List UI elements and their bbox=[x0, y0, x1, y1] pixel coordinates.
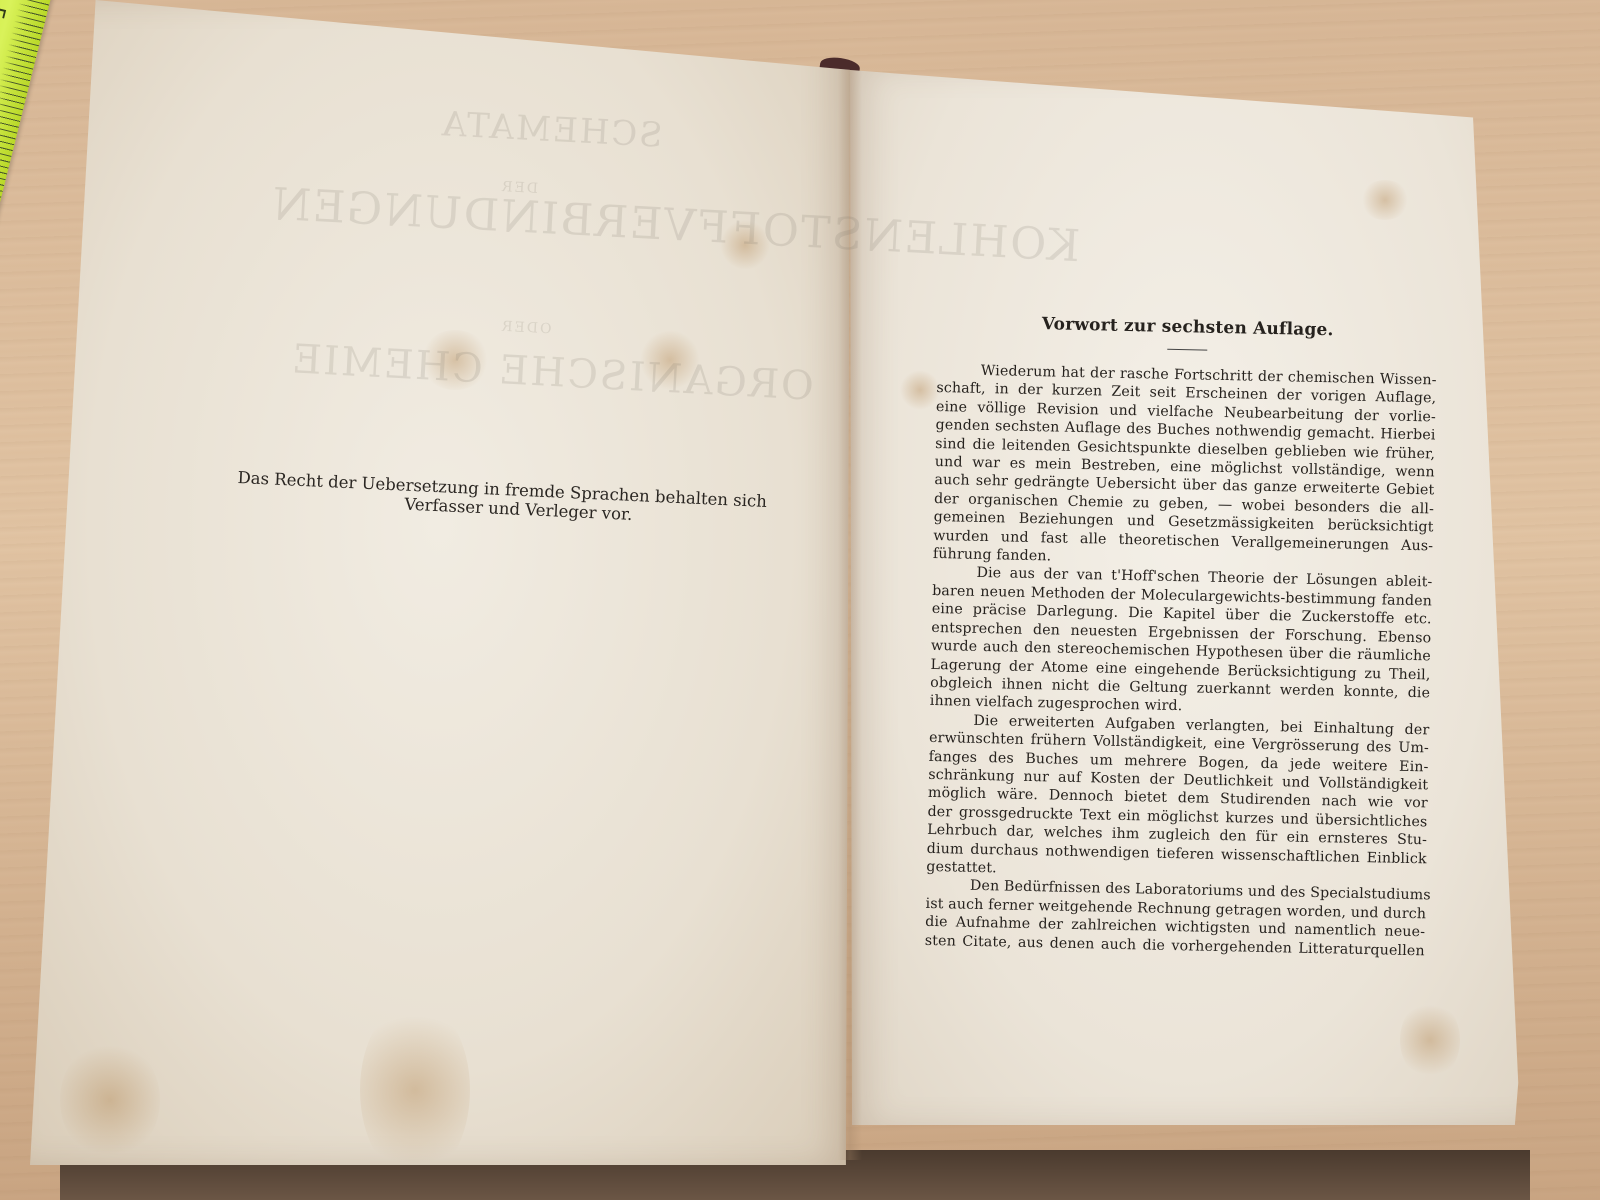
foxing-stain bbox=[1360, 180, 1410, 220]
foxing-stain bbox=[360, 1000, 470, 1180]
ruler: 5 6 7 bbox=[0, 0, 52, 255]
preface-paragraph: Die erweiterten Aufgaben verlangten, bei… bbox=[926, 711, 1429, 887]
bleed-through-text: ODER bbox=[500, 319, 552, 338]
preface-paragraph: Wiederum hat der rasche Fortschritt der … bbox=[933, 361, 1437, 574]
foxing-stain bbox=[1400, 1000, 1460, 1080]
ruler-number: 5 bbox=[0, 3, 10, 23]
title-divider bbox=[1167, 349, 1207, 351]
preface-paragraph: Den Bedürfnissen des Laboratoriums und d… bbox=[925, 876, 1426, 960]
preface: Vorwort zur sechsten Auflage. Wiederum h… bbox=[925, 312, 1438, 960]
left-page bbox=[30, 0, 850, 1165]
foxing-stain bbox=[900, 370, 940, 410]
foxing-stain bbox=[60, 1040, 160, 1160]
ruler-ticks bbox=[0, 0, 52, 255]
preface-paragraph: Die aus der van t'Hoff'schen Theorie der… bbox=[930, 563, 1433, 721]
